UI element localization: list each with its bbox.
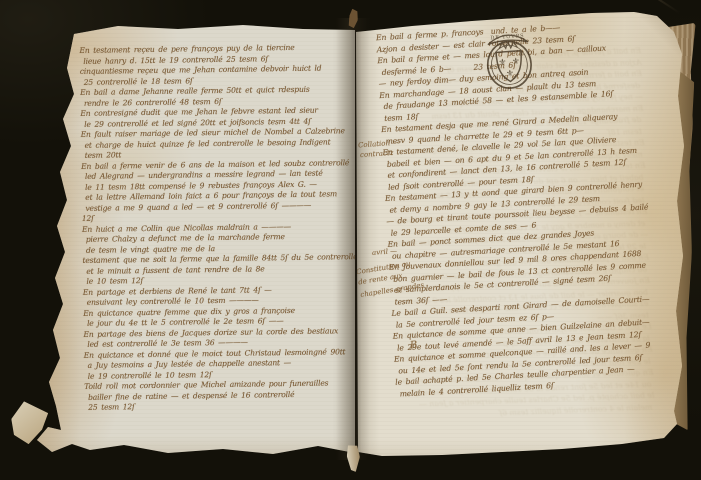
fleur-de-lis-icon: ⚜: [506, 68, 515, 80]
manuscript-photograph: En testament reçeu de pere françoys puy …: [0, 0, 701, 480]
fleur-de-lis-icon: ⚜: [498, 57, 507, 69]
manuscript-page-right: En bail a ferme p. francoys und. te a le…: [352, 6, 692, 466]
handwritten-text-block-left: En testament reçeu de pere françoys puy …: [79, 42, 356, 413]
margin-note-letter-b: B: [409, 340, 417, 352]
binding-thread-knot-top: [348, 8, 360, 28]
margin-note-march: mars: [33, 226, 51, 235]
paper-crease-top-right: [578, 0, 680, 14]
margin-note-february: febvrier: [34, 131, 63, 140]
manuscript-page-left: En testament reçeu de pere françoys puy …: [28, 20, 355, 458]
royal-fleur-de-lis-stamp-icon: DE TOVRS ⚜ ⚜ ⚜: [482, 24, 536, 93]
fleur-de-lis-icon: ⚜: [511, 56, 520, 68]
